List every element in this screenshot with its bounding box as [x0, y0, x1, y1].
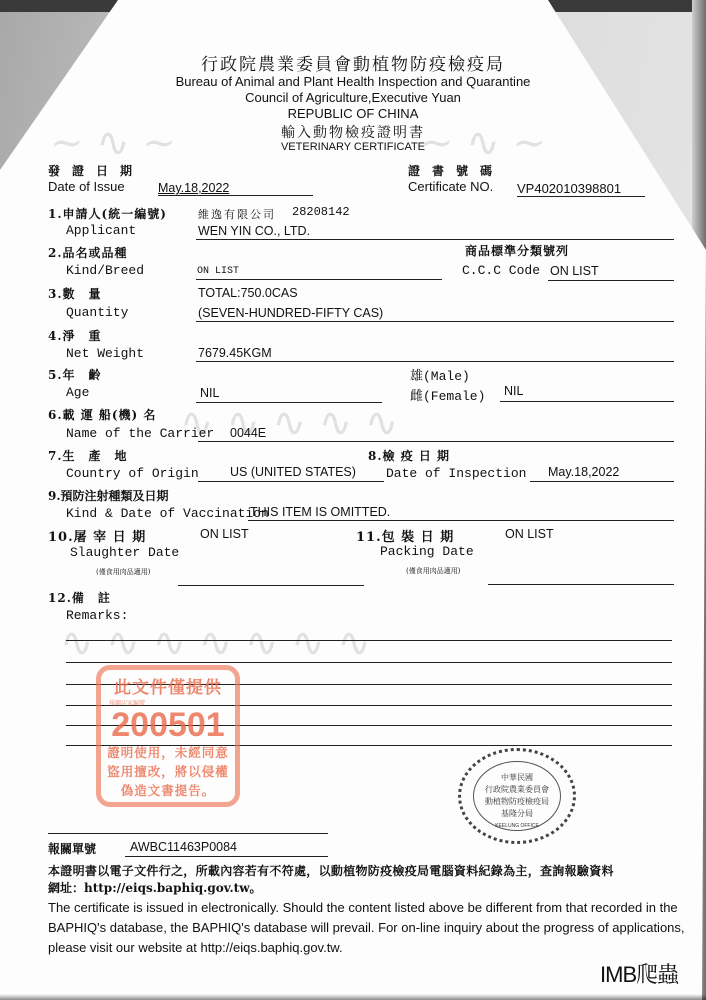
applicant-value: WEN YIN CO., LTD. [198, 224, 310, 238]
net-weight-underline [196, 361, 674, 362]
age-label: Age [66, 385, 89, 400]
net-weight-label-zh: 4.淨 重 [48, 327, 102, 344]
inspection-label-zh: 8.檢 疫 日 期 [368, 447, 450, 464]
declaration-top-line [48, 833, 328, 834]
carrier-label-zh: 6.載 運 船(機) 名 [48, 406, 156, 423]
female-label: 雌(Female) [410, 385, 485, 404]
seal-line-3: 動植物防疫檢疫局 [474, 796, 560, 808]
quantity-label: Quantity [66, 305, 128, 320]
stamp-number: 200501 [101, 707, 235, 743]
remarks-line [66, 662, 672, 663]
stamp-line-4: 盜用擅改，將以侵權 [101, 762, 235, 781]
declaration-value: AWBC11463P0084 [130, 840, 237, 854]
quantity-value-words: (SEVEN-HUNDRED-FIFTY CAS) [198, 306, 383, 320]
packing-value: ON LIST [505, 527, 554, 541]
kind-value: ON LIST [197, 266, 239, 277]
ccc-label: C.C.C Code [462, 263, 540, 278]
net-weight-label: Net Weight [66, 346, 144, 361]
inspection-label: Date of Inspection [386, 466, 526, 481]
quantity-underline [196, 321, 674, 322]
kind-underline [196, 279, 442, 280]
watermark-motif: ∿ ∿ ∿ ∿ ∿ ∿ ∿ [60, 620, 371, 666]
issue-date-label-zh: 發證日期 [48, 162, 144, 179]
inspection-underline [530, 481, 674, 482]
certificate-no-label: Certificate NO. [408, 179, 493, 194]
vaccination-label-zh: 9.預防注射種類及日期 [48, 487, 169, 504]
certificate-no-value: VP402010398801 [517, 181, 621, 196]
seal-line-4: 基隆分局 [474, 808, 560, 820]
age-underline [196, 402, 382, 403]
imb-logo: IMB爬蟲 [600, 958, 678, 989]
applicant-label: Applicant [66, 223, 136, 238]
stamp-line-1: 此文件僅提供 [101, 673, 235, 698]
note-en: The certificate is issued in electronica… [48, 898, 688, 958]
remarks-label: Remarks: [66, 608, 128, 623]
packing-label: Packing Date [380, 544, 474, 559]
carrier-value: 0044E [230, 426, 266, 440]
stamp-line-5: 偽造文書提告。 [101, 781, 235, 800]
remarks-line [66, 640, 672, 641]
packing-label-zh: 11.包 裝 日 期 [356, 526, 454, 545]
vaccination-label: Kind & Date of Vaccination [66, 506, 269, 521]
ccc-label-zh: 商品標準分類號列 [465, 242, 569, 259]
age-label-zh: 5.年 齡 [48, 366, 102, 383]
ccc-underline [548, 280, 674, 281]
quantity-value: TOTAL:750.0CAS [198, 286, 298, 300]
quantity-label-zh: 3.數 量 [48, 285, 102, 302]
sex-value: NIL [504, 384, 523, 398]
remarks-label-zh: 12.備 註 [48, 589, 111, 606]
slaughter-label-zh: 10.屠 宰 日 期 [48, 526, 146, 545]
note-zh: 本證明書以電子文件行之，所載內容若有不符處，以動植物防疫檢疫局電腦資料紀錄為主，… [48, 862, 614, 879]
issue-date-value: May.18,2022 [158, 181, 229, 195]
sex-underline [500, 401, 674, 402]
seal-line-5: KEELUNG OFFICE [474, 820, 560, 832]
seal-line-2: 行政院農業委員會 [474, 784, 560, 796]
kind-label: Kind/Breed [66, 263, 144, 278]
age-value: NIL [200, 386, 219, 400]
note-zh-url: 網址：http://eiqs.baphiq.gov.tw。 [48, 879, 262, 896]
slaughter-label: Slaughter Date [70, 545, 179, 560]
net-weight-value: 7679.45KGM [198, 346, 272, 360]
usage-stamp: 此文件僅提供 報關店家編號 200501 證明使用，未經同意 盜用擅改，將以侵權… [96, 665, 240, 807]
certificate-no-underline [517, 196, 645, 197]
official-seal: 中華民國 行政院農業委員會 動植物防疫檢疫局 基隆分局 KEELUNG OFFI… [458, 748, 576, 844]
carrier-underline [198, 441, 674, 442]
packing-underline [488, 584, 674, 585]
slaughter-note: (僅食用肉品適用) [96, 567, 150, 577]
stamp-line-3: 證明使用，未經同意 [101, 743, 235, 762]
carrier-label: Name of the Carrier [66, 426, 214, 441]
applicant-label-zh: 1.申請人(統一編號) [48, 205, 167, 222]
declaration-underline [125, 856, 328, 857]
council-title: Council of Agriculture,Executive Yuan [0, 90, 706, 105]
slaughter-underline [178, 585, 364, 586]
vaccination-value: THIS ITEM IS OMITTED. [250, 505, 390, 519]
male-label: 雄(Male) [410, 365, 470, 384]
slaughter-value: ON LIST [200, 527, 249, 541]
country-title: REPUBLIC OF CHINA [0, 106, 706, 121]
certificate-no-label-zh: 證書號碼 [408, 162, 504, 179]
origin-underline [198, 481, 384, 482]
origin-label-zh: 7.生 產 地 [48, 447, 128, 464]
applicant-underline [196, 239, 674, 240]
issue-date-label: Date of Issue [48, 179, 125, 194]
applicant-tax-id: 28208142 [292, 205, 350, 219]
packing-note: (僅食用肉品適用) [406, 566, 460, 576]
origin-label: Country of Origin [66, 466, 199, 481]
scanner-bottom-edge [0, 994, 706, 1000]
seal-line-1: 中華民國 [474, 772, 560, 784]
doc-title-zh: 輸入動物檢疫證明書 [0, 122, 706, 142]
applicant-name-zh: 維逸有限公司 [198, 206, 276, 222]
doc-title-en: VETERINARY CERTIFICATE [0, 141, 706, 153]
kind-label-zh: 2.品名或品種 [48, 244, 128, 261]
issue-date-underline [158, 195, 313, 196]
certificate-page: ~ ∿ ~ ~ ∿ ~ ∿ ∿ ∿ ∿ ∿ ∿ ∿ ∿ ∿ ∿ ∿ ∿ 行政院農… [0, 0, 706, 1000]
ccc-value: ON LIST [550, 264, 599, 278]
declaration-label-zh: 報關單號 [48, 840, 96, 857]
vaccination-underline [248, 520, 674, 521]
inspection-value: May.18,2022 [548, 465, 619, 479]
origin-value: US (UNITED STATES) [230, 465, 356, 479]
